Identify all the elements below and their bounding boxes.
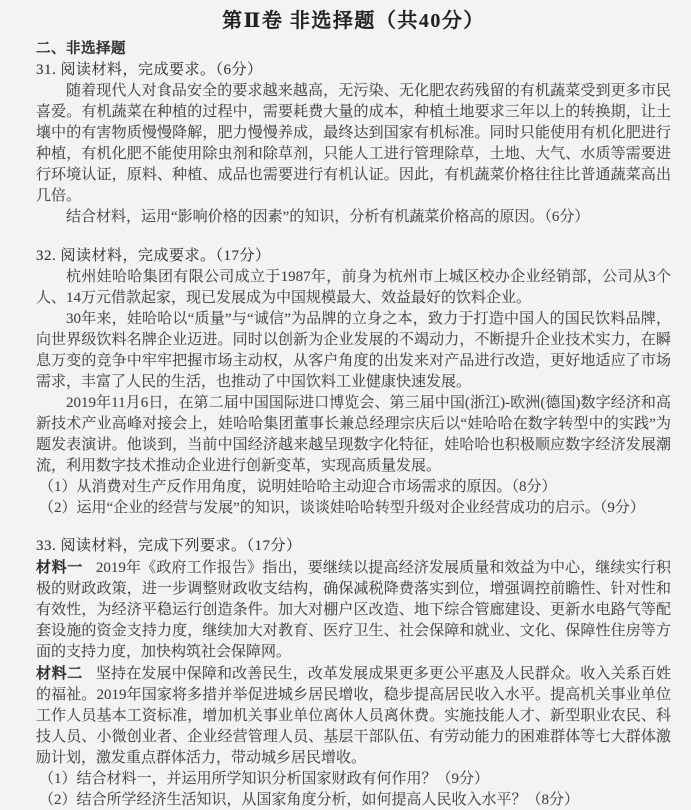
material-1-label: 材料一 [36, 559, 83, 576]
section-heading: 二、非选择题 [36, 39, 671, 59]
question-32-paragraph-1: 杭州娃哈哈集团有限公司成立于1987年，前身为杭州市上城区校办企业经销部，公司从… [36, 267, 671, 309]
question-32-paragraph-2: 30年来，娃哈哈以“质量”与“诚信”为品牌的立身之本，致力于打造中国人的国民饮料… [36, 309, 671, 393]
question-32-stem: 32. 阅读材料，完成要求。（17分） [36, 246, 671, 267]
question-33-stem: 33. 阅读材料，完成下列要求。（17分） [36, 536, 671, 557]
question-32-subquestion-2: （2）运用“企业的经营与发展”的知识，谈谈娃哈哈转型升级对企业经营成功的启示。（… [36, 498, 671, 519]
question-31: 31. 阅读材料，完成要求。（6分） 随着现代人对食品安全的要求越来越高，无污染… [36, 60, 671, 228]
material-1-text: 2019年《政府工作报告》指出，要继续以提高经济发展质量和效益为中心，继续实行积… [36, 560, 671, 660]
question-32: 32. 阅读材料，完成要求。（17分） 杭州娃哈哈集团有限公司成立于1987年，… [36, 246, 671, 519]
question-31-stem: 31. 阅读材料，完成要求。（6分） [36, 60, 671, 81]
question-31-material: 随着现代人对食品安全的要求越来越高，无污染、无化肥农药残留的有机蔬菜受到更多市民… [36, 81, 671, 207]
exam-paper-page: 第Ⅱ卷 非选择题（共40分） 二、非选择题 31. 阅读材料，完成要求。（6分）… [0, 0, 691, 810]
question-33-material-2: 材料二坚持在发展中保障和改善民生，改革发展成果更多更公平惠及人民群众。收入关系百… [36, 663, 671, 769]
question-33: 33. 阅读材料，完成下列要求。（17分） 材料一2019年《政府工作报告》指出… [36, 536, 671, 810]
material-2-text: 坚持在发展中保障和改善民生，改革发展成果更多更公平惠及人民群众。收入关系百姓的福… [36, 666, 671, 766]
question-32-subquestion-1: （1）从消费对生产反作用角度，说明娃哈哈主动迎合市场需求的原因。（8分） [36, 477, 671, 498]
question-33-material-1: 材料一2019年《政府工作报告》指出，要继续以提高经济发展质量和效益为中心，继续… [36, 557, 671, 663]
page-title: 第Ⅱ卷 非选择题（共40分） [36, 9, 671, 34]
question-32-paragraph-3: 2019年11月6日，在第二届中国国际进口博览会、第三届中国(浙江)-欧洲(德国… [36, 393, 671, 477]
question-31-task: 结合材料，运用“影响价格的因素”的知识，分析有机蔬菜价格高的原因。（6分） [36, 207, 671, 228]
material-2-label: 材料二 [36, 665, 83, 682]
question-33-subquestion-2: （2）结合所学经济生活知识，从国家角度分析，如何提高人民收入水平？（8分） [36, 790, 671, 810]
question-33-subquestion-1: （1）结合材料一，并运用所学知识分析国家财政有何作用？（9分） [36, 769, 671, 790]
